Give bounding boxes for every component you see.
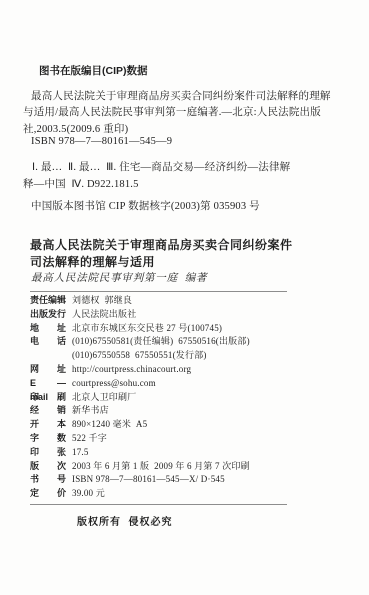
- cip-description-line-3: 社,2003.5(2009.6 重印): [23, 121, 128, 136]
- pub-info-row-edition: 版 次2003 年 6 月第 1 版 2009 年 6 月第 7 次印刷: [30, 460, 250, 474]
- pub-info-value: 17.5: [72, 446, 89, 460]
- divider-bottom: [30, 504, 287, 505]
- pub-info-row-book-number: 书 号ISBN 978—7—80161—545—X/ D·545: [30, 473, 250, 487]
- pub-info-row-phone: 电 话(010)67550581(责任编辑) 67550516(出版部): [30, 335, 250, 349]
- book-title-line-2: 司法解释的理解与适用: [30, 253, 155, 270]
- pub-info-label: 印 刷: [30, 391, 66, 405]
- pub-info-row-format: 开 本890×1240 毫米 A5: [30, 418, 250, 432]
- pub-info-value: 北京人卫印刷厂: [72, 391, 136, 405]
- pub-info-value: 刘德权 郭继良: [72, 294, 132, 308]
- pub-info-row-phone-cont: (010)67550558 67550551(发行部): [30, 349, 250, 363]
- pub-info-row-editor: 责任编辑刘德权 郭继良: [30, 294, 250, 308]
- book-byline: 最高人民法院民事审判第一庭 编著: [31, 270, 207, 285]
- pub-info-value: http://courtpress.chinacourt.org: [72, 363, 191, 377]
- pub-info-label: 印 张: [30, 446, 66, 460]
- pub-info-row-publisher: 出版发行人民法院出版社: [30, 308, 250, 322]
- pub-info-row-website: 网 址http://courtpress.chinacourt.org: [30, 363, 250, 377]
- cip-classification-line-1: Ⅰ. 最… Ⅱ. 最… Ⅲ. 住宅—商品交易—经济纠纷—法律解: [32, 159, 290, 174]
- pub-info-row-distributor: 经 销新华书店: [30, 404, 250, 418]
- pub-info-value: 2003 年 6 月第 1 版 2009 年 6 月第 7 次印刷: [72, 460, 250, 474]
- pub-info-label: 定 价: [30, 487, 66, 501]
- pub-info-value: 新华书店: [72, 404, 109, 418]
- book-copyright-page: 图书在版编目(CIP)数据 最高人民法院关于审理商品房买卖合同纠纷案件司法解释的…: [0, 0, 369, 595]
- pub-info-value: 人民法院出版社: [72, 308, 136, 322]
- pub-info-label: 版 次: [30, 460, 66, 474]
- pub-info-row-price: 定 价39.00 元: [30, 487, 250, 501]
- cip-classification-line-2: 释—中国 Ⅳ. D922.181.5: [23, 176, 139, 191]
- pub-info-value: 522 千字: [72, 432, 107, 446]
- publication-info: 责任编辑刘德权 郭继良 出版发行人民法院出版社 地 址北京市东城区东交民巷 27…: [30, 294, 250, 501]
- pub-info-value: 39.00 元: [72, 487, 105, 501]
- pub-info-row-printer: 印 刷北京人卫印刷厂: [30, 391, 250, 405]
- pub-info-label: 开 本: [30, 418, 66, 432]
- pub-info-value: ISBN 978—7—80161—545—X/ D·545: [72, 473, 225, 487]
- pub-info-label: 字 数: [30, 432, 66, 446]
- pub-info-value: courtpress@sohu.com: [72, 377, 156, 391]
- pub-info-row-address: 地 址北京市东城区东交民巷 27 号(100745): [30, 322, 250, 336]
- pub-info-value: 890×1240 毫米 A5: [72, 418, 147, 432]
- divider-top: [30, 291, 287, 292]
- pub-info-label: 电 话: [30, 335, 66, 349]
- pub-info-label: 网 址: [30, 363, 66, 377]
- cip-description-line-1: 最高人民法院关于审理商品房买卖合同纠纷案件司法解释的理解: [31, 88, 331, 103]
- pub-info-value: (010)67550558 67550551(发行部): [72, 349, 207, 363]
- pub-info-value: (010)67550581(责任编辑) 67550516(出版部): [72, 335, 250, 349]
- copyright-notice: 版权所有 侵权必究: [77, 513, 173, 528]
- pub-info-label: 书 号: [30, 473, 66, 487]
- pub-info-row-sheets: 印 张17.5: [30, 446, 250, 460]
- pub-info-label: 出版发行: [30, 308, 66, 322]
- cip-isbn: ISBN 978—7—80161—545—9: [31, 136, 172, 147]
- pub-info-label: 地 址: [30, 322, 66, 336]
- pub-info-value: 北京市东城区东交民巷 27 号(100745): [72, 322, 222, 336]
- book-title-line-1: 最高人民法院关于审理商品房买卖合同纠纷案件: [30, 236, 293, 253]
- pub-info-row-email: E — mailcourtpress@sohu.com: [30, 377, 250, 391]
- pub-info-label: 经 销: [30, 404, 66, 418]
- pub-info-row-word-count: 字 数522 千字: [30, 432, 250, 446]
- cip-heading: 图书在版编目(CIP)数据: [39, 63, 148, 78]
- cip-record-number: 中国版本图书馆 CIP 数据核字(2003)第 035903 号: [31, 198, 260, 213]
- cip-description-line-2: 与适用/最高人民法院民事审判第一庭编著.—北京:人民法院出版: [23, 104, 321, 119]
- pub-info-label: 责任编辑: [30, 294, 66, 308]
